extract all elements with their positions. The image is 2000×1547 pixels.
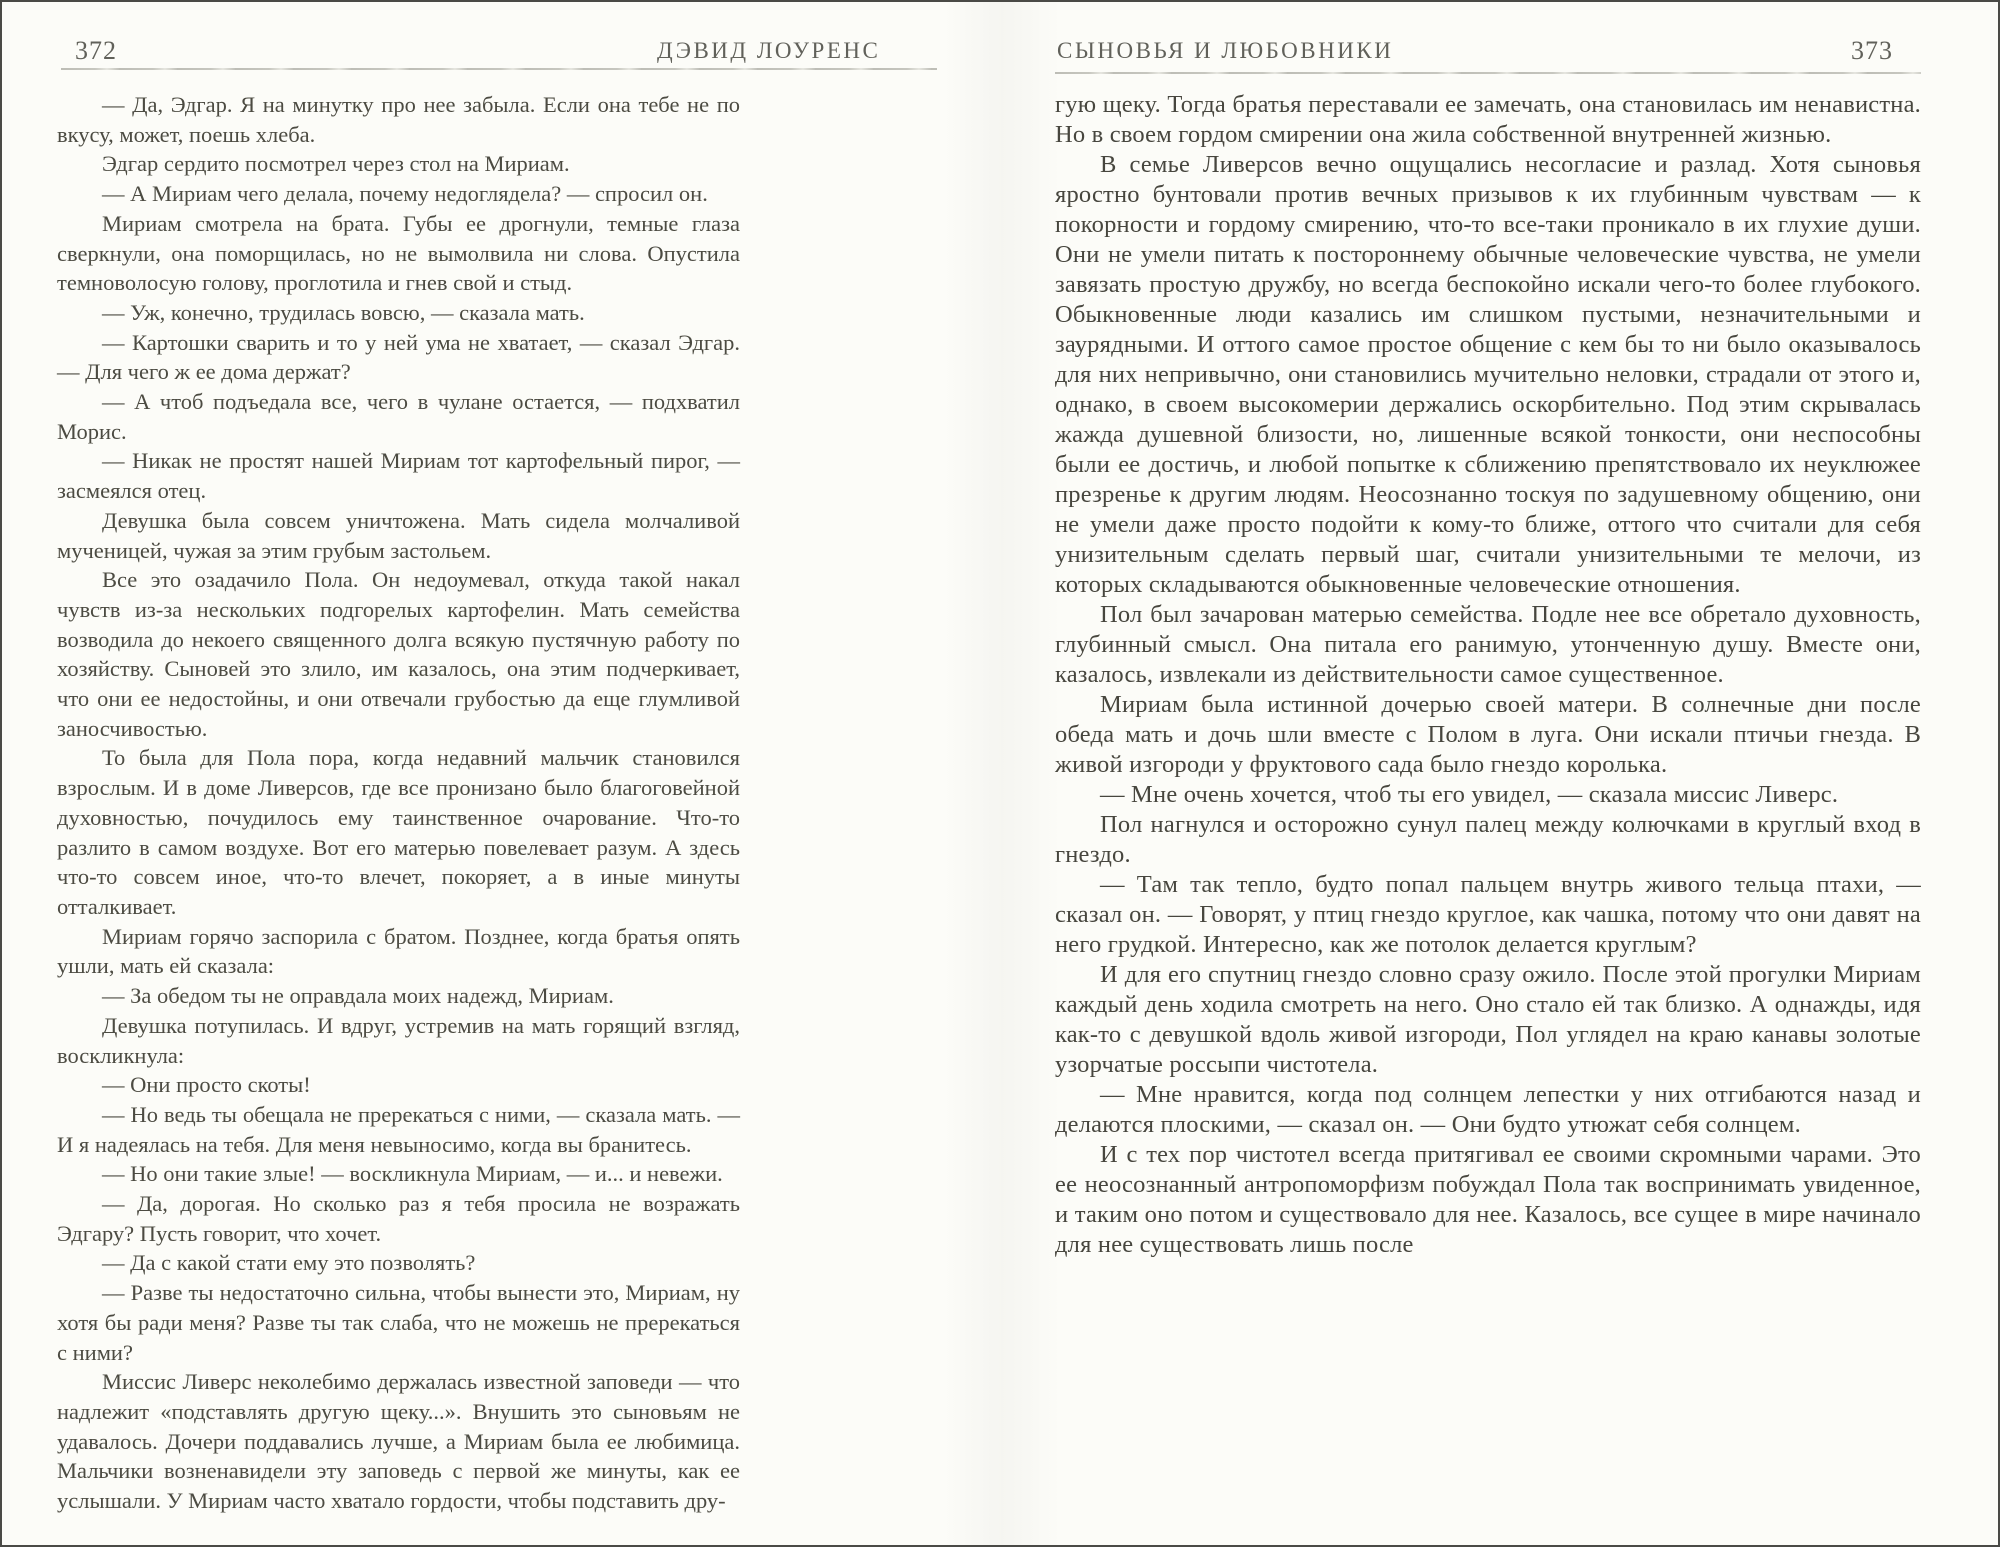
paragraph: Мириам смотрела на брата. Губы ее дрогну… [57,209,740,298]
paragraph: — А Мириам чего делала, почему недогляде… [57,179,740,209]
paragraph: Все это озадачило Пола. Он недоумевал, о… [57,565,740,743]
page-number-left: 372 [75,36,117,66]
paragraph: — Уж, конечно, трудилась вовсю, — сказал… [57,298,740,328]
paragraph: Миссис Ливерс неколебимо держалась извес… [57,1367,740,1516]
paragraph: Пол был зачарован матерью семейства. Под… [1055,600,1921,690]
paragraph: — Мне нравится, когда под солнцем лепест… [1055,1080,1921,1140]
header-rule-right [1055,72,1921,74]
running-header-left: ДЭВИД ЛОУРЕНС [657,38,880,64]
paragraph: — Никак не простят нашей Мириам тот карт… [57,446,740,505]
paragraph: Девушка потупилась. И вдруг, устремив на… [57,1011,740,1070]
page-number-right: 373 [1851,36,1893,66]
paragraph: Пол нагнулся и осторожно сунул палец меж… [1055,810,1921,870]
book-spread-scan: 372 ДЭВИД ЛОУРЕНС — Да, Эдгар. Я на мину… [0,0,2000,1547]
paragraph: — Картошки сварить и то у ней ума не хва… [57,328,740,387]
paragraph: Девушка была совсем уничтожена. Мать сид… [57,506,740,565]
running-header-right: СЫНОВЬЯ И ЛЮБОВНИКИ [1057,38,1393,64]
paragraph: — Да с какой стати ему это позволять? [57,1248,740,1278]
paragraph: И для его спутниц гнездо словно сразу ож… [1055,960,1921,1080]
paragraph: — Они просто скоты! [57,1070,740,1100]
paragraph: — Разве ты недостаточно сильна, чтобы вы… [57,1278,740,1367]
paragraph: Мириам была истинной дочерью своей матер… [1055,690,1921,780]
right-page-header: СЫНОВЬЯ И ЛЮБОВНИКИ 373 [1055,2,1921,74]
paragraph: Эдгар сердито посмотрел через стол на Ми… [57,149,740,179]
paragraph: И с тех пор чистотел всегда притягивал е… [1055,1140,1921,1260]
paragraph: гую щеку. Тогда братья переставали ее за… [1055,90,1921,150]
paragraph: — Мне очень хочется, чтоб ты его увидел,… [1055,780,1921,810]
paragraph: Мириам горячо заспорила с братом. Поздне… [57,922,740,981]
paragraph: То была для Пола пора, когда недавний ма… [57,743,740,921]
paragraph: — Да, Эдгар. Я на минутку про нее забыла… [57,90,740,149]
right-page-text: гую щеку. Тогда братья переставали ее за… [1055,90,1921,1260]
paragraph: — Там так тепло, будто попал пальцем вну… [1055,870,1921,960]
header-rule-left [61,68,937,70]
page-gutter-shadow [942,2,1062,1545]
left-page-text: — Да, Эдгар. Я на минутку про нее забыла… [57,90,740,1516]
paragraph: — Но ведь ты обещала не пререкаться с ни… [57,1100,740,1159]
paragraph: — За обедом ты не оправдала моих надежд,… [57,981,740,1011]
paragraph: — Но они такие злые! — воскликнула Мириа… [57,1159,740,1189]
right-page: СЫНОВЬЯ И ЛЮБОВНИКИ 373 гую щеку. Тогда … [1055,2,1921,74]
left-page: 372 ДЭВИД ЛОУРЕНС — Да, Эдгар. Я на мину… [57,2,740,74]
paragraph: — А чтоб подъедала все, чего в чулане ос… [57,387,740,446]
left-page-header: 372 ДЭВИД ЛОУРЕНС [57,2,740,74]
paragraph: — Да, дорогая. Но сколько раз я тебя про… [57,1189,740,1248]
paragraph: В семье Ливерсов вечно ощущались несогла… [1055,150,1921,600]
